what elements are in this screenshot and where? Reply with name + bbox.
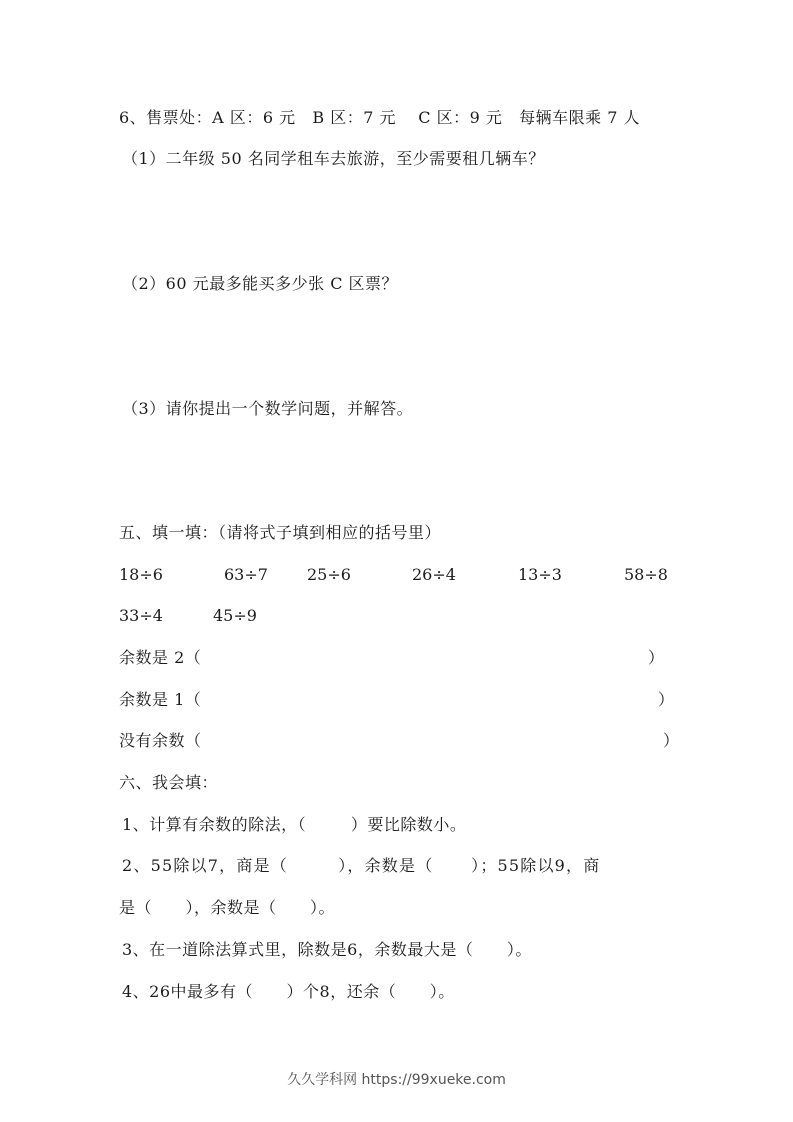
expression-item: 26÷4 xyxy=(412,565,456,585)
expression-item: 63÷7 xyxy=(224,565,268,585)
no-remainder-label: 没有余数（ xyxy=(119,731,202,751)
fill-item-2-continued: 是（ ），余数是（ ）。 xyxy=(119,898,335,918)
expression-item: 25÷6 xyxy=(307,565,351,585)
expression-item: 33÷4 xyxy=(119,606,163,626)
footer-watermark: 久久学科网 https://99xueke.com xyxy=(0,1071,793,1089)
fill-item-4: 4、26中最多有（ ）个8，还余（ ）。 xyxy=(122,982,455,1002)
expression-item: 18÷6 xyxy=(119,565,163,585)
remainder-2-close-paren: ） xyxy=(648,648,664,668)
expression-item: 13÷3 xyxy=(518,565,562,585)
question-6-part-3: （3）请你提出一个数学问题，并解答。 xyxy=(122,399,413,419)
expression-item: 45÷9 xyxy=(213,606,257,626)
fill-item-2: 2、55除以7，商是（ ），余数是（ ）；55除以9，商 xyxy=(122,856,600,876)
section-5-title: 五、填一填：（请将式子填到相应的括号里） xyxy=(119,523,441,543)
remainder-2-label: 余数是 2（ xyxy=(119,648,201,668)
remainder-1-close-paren: ） xyxy=(658,690,674,710)
question-6-title: 6、售票处：A 区：6 元 B 区：7 元 C 区：9 元 每辆车限乘 7 人 xyxy=(119,108,640,128)
expression-item: 58÷8 xyxy=(624,565,668,585)
no-remainder-close-paren: ） xyxy=(663,731,679,751)
fill-item-3: 3、在一道除法算式里，除数是6，余数最大是（ ）。 xyxy=(122,940,532,960)
section-6-title: 六、我会填： xyxy=(119,773,218,793)
fill-item-1: 1、计算有余数的除法，（ ）要比除数小。 xyxy=(122,815,466,835)
question-6-part-2: （2）60 元最多能买多少张 C 区票？ xyxy=(122,274,398,294)
question-6-part-1: （1）二年级 50 名同学租车去旅游，至少需要租几辆车？ xyxy=(122,149,545,169)
remainder-1-label: 余数是 1（ xyxy=(119,690,201,710)
